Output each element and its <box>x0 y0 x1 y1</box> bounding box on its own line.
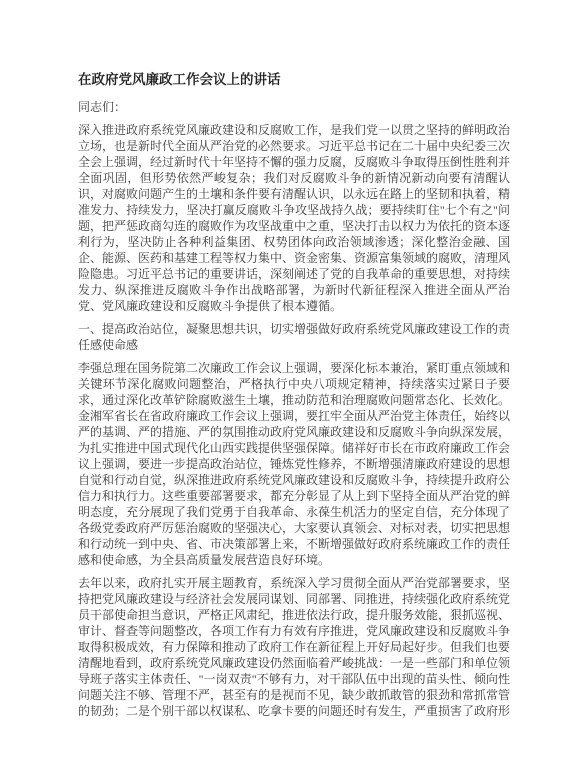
section-heading-1: 一、提高政治站位，凝聚思想共识，切实增强做好政府系统党风廉政建设工作的责任感使命… <box>78 321 510 353</box>
document-content: 在政府党风廉政工作会议上的讲话 同志们： 深入推进政府系统党风廉政建设和反腐败工… <box>78 71 510 719</box>
document-page: 在政府党风廉政工作会议上的讲话 同志们： 深入推进政府系统党风廉政建设和反腐败工… <box>0 0 586 759</box>
salutation: 同志们： <box>78 99 510 115</box>
paragraph-review-and-challenges: 去年以来，政府扎实开展主题教育，系统深入学习贯彻全面从严治党部署要求，坚持把党风… <box>78 575 510 719</box>
paragraph-section-1-body: 李强总理在国务院第二次廉政工作会议上强调，要深化标本兼治，紧盯重点领域和关键环节… <box>78 360 510 568</box>
paragraph-intro: 深入推进政府系统党风廉政建设和反腐败工作，是我们党一以贯之坚持的鲜明政治立场，也… <box>78 122 510 314</box>
document-title: 在政府党风廉政工作会议上的讲话 <box>78 71 510 89</box>
